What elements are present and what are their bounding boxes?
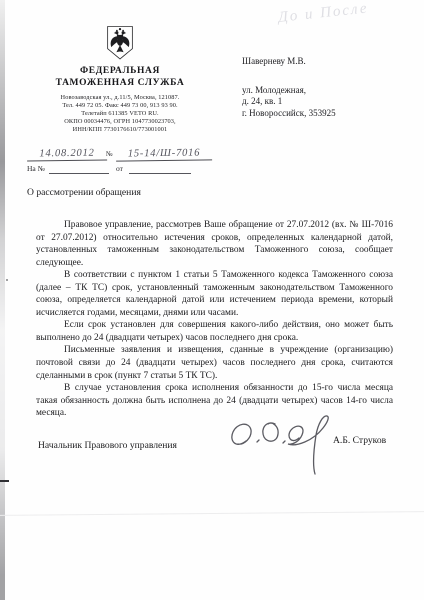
- signature-ink-icon: [222, 410, 347, 476]
- letterhead-phone-fax: Тел. 449 72 05. Факс 449 73 00, 913 93 9…: [16, 102, 224, 110]
- org-name-line2: ТАМОЖЕННАЯ СЛУЖБА: [16, 78, 224, 90]
- scan-edge-shadow: [0, 0, 5, 600]
- outgoing-date-slot: 14.08.2012: [27, 142, 107, 161]
- reply-date-blank: [129, 161, 191, 174]
- body-paragraph: Правовое управление, рассмотрев Ваше обр…: [36, 219, 393, 269]
- scan-speck: [0, 480, 9, 482]
- letterhead-address: Новозаводская ул., д.11/5, Москва, 12108…: [16, 94, 224, 102]
- letterhead-inn-kpp: ИНН/КПП 7730176610/773001001: [16, 126, 224, 134]
- scan-speck: [6, 279, 8, 281]
- body-paragraph: В соответствии с пунктом 1 статьи 5 Тамо…: [36, 269, 393, 319]
- handwritten-date: 14.08.2012: [39, 148, 94, 160]
- subject-line: О рассмотрении обращения: [27, 187, 141, 198]
- reply-number-blank: [49, 161, 109, 174]
- letterhead-okpo-ogrn: ОКПО 00034476, ОГРН 1047730023703,: [16, 118, 224, 126]
- org-name-line1: ФЕДЕРАЛЬНАЯ: [16, 66, 224, 78]
- recipient-city: г. Новороссийск, 353925: [242, 108, 336, 120]
- scanned-letter-page: До и После ФЕДЕРАЛЬНАЯ ТАМОЖЕННАЯ СЛУЖБА: [0, 0, 424, 600]
- body-paragraph: Если срок установлен для совершения како…: [36, 319, 393, 344]
- handwritten-number: 15-14/Ш-7016: [128, 147, 201, 159]
- letterhead: ФЕДЕРАЛЬНАЯ ТАМОЖЕННАЯ СЛУЖБА Новозаводс…: [16, 26, 224, 134]
- letterhead-teletype: Телетайп 611385 VETO RU.: [16, 110, 224, 118]
- signer-name: А.Б. Струков: [333, 435, 386, 446]
- signer-title: Начальник Правового управления: [38, 440, 177, 451]
- recipient-house: д. 24, кв. 1: [242, 96, 336, 108]
- recipient-name: Шаверневу М.В.: [242, 56, 336, 68]
- recipient-block: Шаверневу М.В. ул. Молодежная, д. 24, кв…: [242, 56, 336, 119]
- letter-body: Правовое управление, рассмотрев Ваше обр…: [36, 219, 393, 420]
- reply-to-label: На №: [27, 164, 45, 173]
- number-sign-label: №: [106, 150, 113, 158]
- body-paragraph: Письменные заявления и извещения, сданны…: [36, 344, 393, 382]
- handwritten-corner-note: До и После: [278, 0, 424, 27]
- double-headed-eagle-icon: [107, 26, 133, 60]
- paper-fold-line: [0, 511, 424, 516]
- recipient-street: ул. Молодежная,: [242, 85, 336, 97]
- outgoing-number-slot: 15-14/Ш-7016: [116, 142, 212, 161]
- reply-from-label: от: [116, 164, 123, 173]
